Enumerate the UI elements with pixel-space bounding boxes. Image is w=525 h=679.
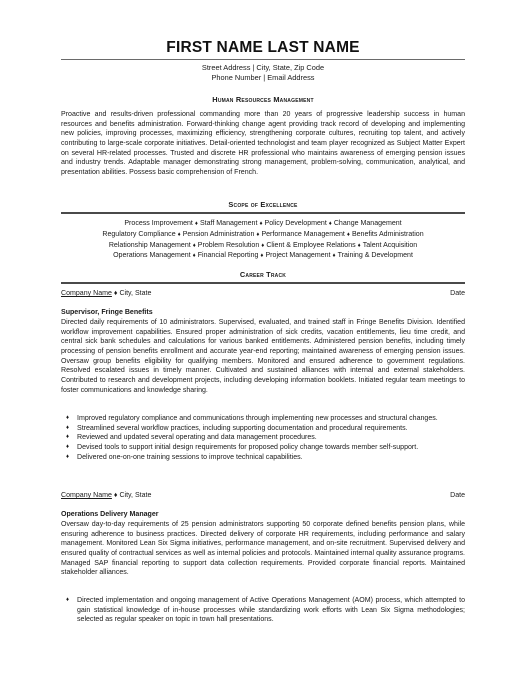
career-heading-text: Career Track	[240, 270, 286, 279]
skill-item: Change Management	[334, 220, 402, 227]
diamond-bullet-icon: ♦	[66, 424, 69, 434]
achievement-text: Directed implementation and ongoing mana…	[77, 597, 465, 623]
diamond-separator-icon: ♦	[178, 232, 181, 238]
skills-line: Relationship Management♦Problem Resoluti…	[61, 241, 465, 252]
achievement-item: ♦Directed implementation and ongoing man…	[61, 596, 465, 625]
achievement-text: Streamlined several workflow practices, …	[77, 425, 408, 432]
skills-line: Operations Management♦Financial Reportin…	[61, 251, 465, 262]
job-achievements: ♦Improved regulatory compliance and comm…	[61, 414, 465, 462]
skill-item: Training & Development	[338, 252, 413, 259]
diamond-separator-icon: ♦	[333, 253, 336, 259]
company-name: Company Name	[61, 492, 112, 499]
skill-item: Relationship Management	[109, 242, 191, 249]
summary-heading-text: Human Resources Management	[212, 95, 313, 104]
diamond-bullet-icon: ♦	[66, 596, 69, 606]
skill-item: Financial Reporting	[198, 252, 259, 259]
diamond-separator-icon: ♦	[193, 253, 196, 259]
achievement-item: ♦Reviewed and updated several operating …	[61, 433, 465, 443]
diamond-separator-icon: ♦	[259, 221, 262, 227]
diamond-bullet-icon: ♦	[66, 453, 69, 463]
diamond-separator-icon: ♦	[261, 243, 264, 249]
address-line: Street Address | City, State, Zip Code	[61, 63, 465, 73]
job-description: Oversaw day-to-day requirements of 25 pe…	[61, 520, 465, 578]
diamond-separator-icon: ♦	[195, 221, 198, 227]
job-achievements: ♦Directed implementation and ongoing man…	[61, 596, 465, 625]
diamond-bullet-icon: ♦	[66, 414, 69, 424]
skill-item: Process Improvement	[124, 220, 193, 227]
summary-paragraph: Proactive and results-driven professiona…	[61, 110, 465, 178]
skill-item: Problem Resolution	[198, 242, 260, 249]
job-location: ♦ City, State	[114, 290, 152, 297]
diamond-bullet-icon: ♦	[66, 433, 69, 443]
company-name: Company Name	[61, 290, 112, 297]
skill-item: Staff Management	[200, 220, 257, 227]
diamond-separator-icon: ♦	[329, 221, 332, 227]
skill-item: Talent Acquisition	[363, 242, 417, 249]
contact-line: Phone Number | Email Address	[61, 73, 465, 83]
job-employer: Company Name ♦ City, State	[61, 491, 151, 501]
job-description: Directed daily requirements of 10 admini…	[61, 318, 465, 395]
job-title: Supervisor, Fringe Benefits	[61, 308, 153, 318]
achievement-item: ♦Streamlined several workflow practices,…	[61, 424, 465, 434]
skill-item: Operations Management	[113, 252, 191, 259]
achievement-text: Delivered one-on-one training sessions t…	[77, 454, 303, 461]
skill-item: Benefits Administration	[352, 231, 424, 238]
skill-item: Regulatory Compliance	[102, 231, 175, 238]
skill-item: Policy Development	[265, 220, 327, 227]
achievement-text: Devised tools to support initial design …	[77, 444, 418, 451]
summary-heading: Human Resources Management	[61, 95, 465, 104]
career-divider	[61, 282, 465, 284]
scope-heading: Scope of Excellence	[61, 200, 465, 209]
job-date: Date	[450, 491, 465, 501]
job-header: Company Name ♦ City, State Date	[61, 491, 465, 501]
skill-item: Performance Management	[261, 231, 344, 238]
job-title: Operations Delivery Manager	[61, 510, 159, 520]
scope-divider	[61, 212, 465, 214]
diamond-separator-icon: ♦	[358, 243, 361, 249]
skills-list: Process Improvement♦Staff Management♦Pol…	[61, 219, 465, 262]
job-location: ♦ City, State	[114, 492, 152, 499]
achievement-text: Reviewed and updated several operating a…	[77, 434, 317, 441]
skills-line: Process Improvement♦Staff Management♦Pol…	[61, 219, 465, 230]
career-heading: Career Track	[61, 270, 465, 279]
skill-item: Client & Employee Relations	[266, 242, 355, 249]
job-employer: Company Name ♦ City, State	[61, 289, 151, 299]
job-date: Date	[450, 289, 465, 299]
diamond-separator-icon: ♦	[193, 243, 196, 249]
skills-line: Regulatory Compliance♦Pension Administra…	[61, 230, 465, 241]
achievement-item: ♦Devised tools to support initial design…	[61, 443, 465, 453]
achievement-text: Improved regulatory compliance and commu…	[77, 415, 438, 422]
diamond-separator-icon: ♦	[260, 253, 263, 259]
scope-heading-text: Scope of Excellence	[228, 200, 297, 209]
achievement-item: ♦Improved regulatory compliance and comm…	[61, 414, 465, 424]
candidate-name: FIRST NAME LAST NAME	[61, 39, 465, 57]
diamond-separator-icon: ♦	[256, 232, 259, 238]
header-divider	[61, 59, 465, 60]
job-header: Company Name ♦ City, State Date	[61, 289, 465, 299]
achievement-item: ♦Delivered one-on-one training sessions …	[61, 453, 465, 463]
skill-item: Project Management	[265, 252, 330, 259]
skill-item: Pension Administration	[183, 231, 255, 238]
diamond-separator-icon: ♦	[347, 232, 350, 238]
diamond-bullet-icon: ♦	[66, 443, 69, 453]
